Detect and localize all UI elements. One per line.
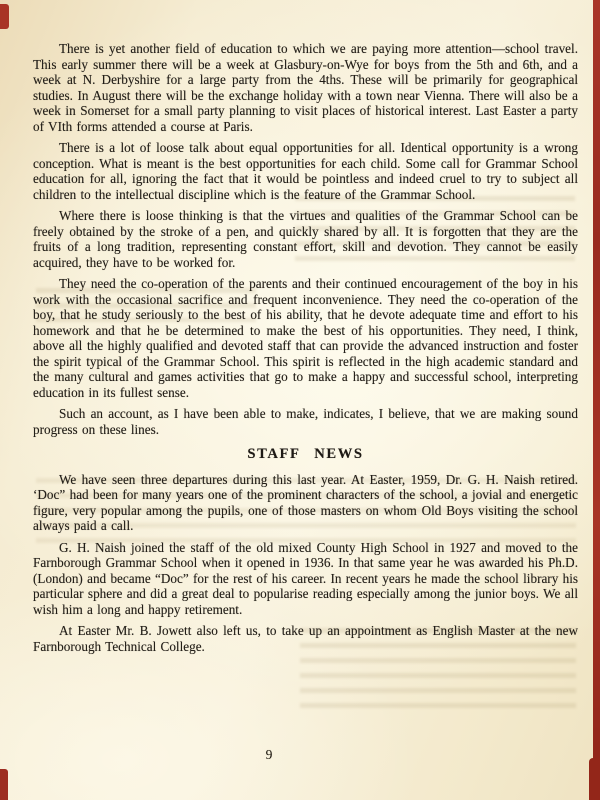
paragraph-cooperation: They need the co-operation of the parent…	[33, 276, 578, 400]
binding-edge-top-left	[0, 4, 9, 29]
binding-edge-right	[593, 0, 600, 800]
paragraph-equal-opportunities: There is a lot of loose talk about equal…	[33, 140, 578, 202]
binding-edge-bottom-right	[589, 758, 600, 800]
section-heading-staff-news: STAFF NEWS	[33, 447, 578, 463]
page-content: There is yet another field of education …	[33, 41, 578, 660]
paragraph-school-travel: There is yet another field of education …	[33, 41, 578, 134]
paragraph-naish-retired: We have seen three departures during thi…	[33, 472, 578, 534]
page-number: 9	[259, 747, 279, 763]
paragraph-naish-career: G. H. Naish joined the staff of the old …	[33, 540, 578, 618]
binding-edge-bottom-left	[0, 769, 8, 800]
paragraph-loose-thinking: Where there is loose thinking is that th…	[33, 208, 578, 270]
paragraph-jowett: At Easter Mr. B. Jowett also left us, to…	[33, 623, 578, 654]
scanned-document-page: There is yet another field of education …	[0, 0, 600, 800]
paragraph-sound-progress: Such an account, as I have been able to …	[33, 406, 578, 437]
